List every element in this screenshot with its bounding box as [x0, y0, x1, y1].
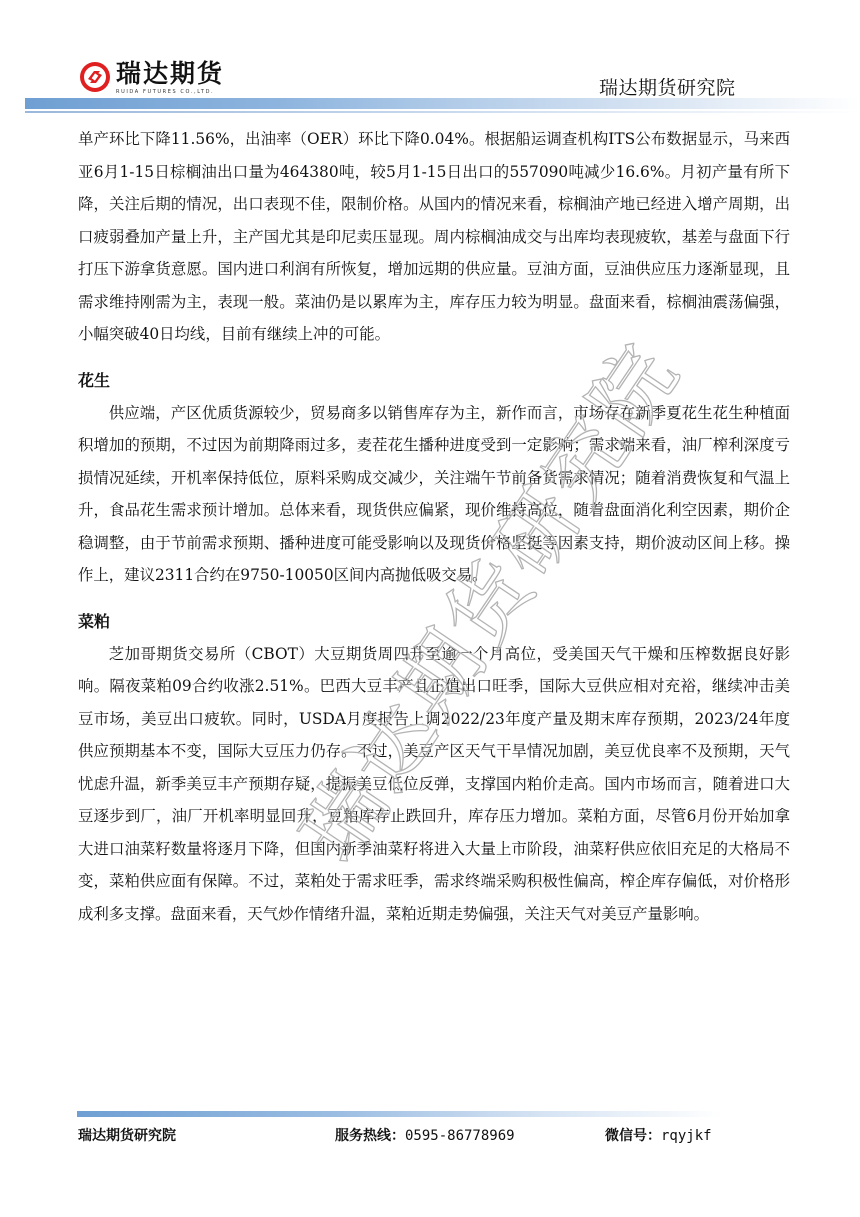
section-rapeseed-meal: 菜粕 芝加哥期货交易所（CBOT）大豆期货周四升至逾一个月高位，受美国天气干燥和… — [78, 606, 790, 931]
section-peanut: 花生 供应端，产区优质货源较少，贸易商多以销售库存为主，新作而言，市场存在新季夏… — [78, 365, 790, 592]
wechat-label: 微信号： — [605, 1128, 661, 1144]
footer-wechat: 微信号：rqyjkf — [605, 1125, 712, 1145]
section-title: 菜粕 — [78, 606, 790, 638]
page-header: 瑞达期货 RUIDA FUTURES CO.,LTD. 瑞达期货研究院 — [0, 0, 860, 120]
paragraph: 芝加哥期货交易所（CBOT）大豆期货周四升至逾一个月高位，受美国天气干燥和压榨数… — [78, 638, 790, 931]
footer-institute: 瑞达期货研究院 — [78, 1125, 176, 1145]
wechat-value: rqyjkf — [661, 1128, 712, 1144]
report-body: 单产环比下降11.56%，出油率（OER）环比下降0.04%。根据船运调查机构I… — [78, 123, 790, 930]
spacer — [78, 592, 790, 606]
hotline-value: 0595-86778969 — [405, 1128, 515, 1144]
page-footer: 瑞达期货研究院 服务热线：0595-86778969 微信号：rqyjkf — [78, 1125, 798, 1147]
paragraph: 供应端，产区优质货源较少，贸易商多以销售库存为主，新作而言，市场存在新季夏花生花… — [78, 397, 790, 592]
header-divider-bar — [25, 98, 860, 109]
section-title: 花生 — [78, 365, 790, 397]
spacer — [78, 351, 790, 365]
paragraph: 单产环比下降11.56%，出油率（OER）环比下降0.04%。根据船运调查机构I… — [78, 123, 790, 351]
logo-chinese-text: 瑞达期货 — [116, 60, 224, 88]
header-divider-line — [25, 111, 860, 113]
ruida-logo-icon — [78, 60, 112, 94]
logo-english-text: RUIDA FUTURES CO.,LTD. — [116, 89, 224, 95]
hotline-label: 服务热线： — [335, 1128, 405, 1144]
footer-divider-bar — [77, 1111, 722, 1117]
institute-title: 瑞达期货研究院 — [599, 73, 736, 100]
company-logo: 瑞达期货 RUIDA FUTURES CO.,LTD. — [78, 60, 224, 95]
section-palm-oil-continued: 单产环比下降11.56%，出油率（OER）环比下降0.04%。根据船运调查机构I… — [78, 123, 790, 351]
footer-hotline: 服务热线：0595-86778969 — [335, 1125, 515, 1145]
